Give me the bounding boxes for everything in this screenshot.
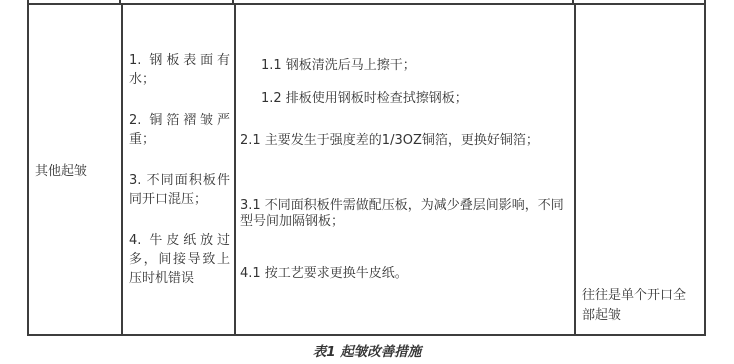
measure-item: 1.1 钢板清洗后马上擦干； [240, 58, 568, 74]
cell-note: 往往是单个开口全部起皱 [576, 5, 704, 334]
cause-item: 1. 钢板表面有水； [129, 51, 230, 89]
table-caption: 表1 起皱改善措施 [0, 340, 734, 360]
measure-item: 4.1 按工艺要求更换牛皮纸。 [240, 266, 568, 282]
cell-defect-type: 其他起皱 [29, 5, 123, 334]
cause-item: 2. 铜箔褶皱严重； [129, 111, 230, 149]
document-page: 其他起皱 1. 钢板表面有水； 2. 铜箔褶皱严重； 3. 不同面积板件同开口混… [0, 0, 734, 364]
cause-item: 4. 牛皮纸放过多，间接导致上压时机错误 [129, 231, 230, 288]
cause-item: 3. 不同面积板件同开口混压； [129, 171, 230, 209]
measure-item: 1.2 排板使用钢板时检查拭擦钢板； [240, 91, 568, 107]
cell-causes: 1. 钢板表面有水； 2. 铜箔褶皱严重； 3. 不同面积板件同开口混压； 4.… [123, 5, 236, 334]
cell-measures: 1.1 钢板清洗后马上擦干； 1.2 排板使用钢板时检查拭擦钢板； 2.1 主要… [236, 5, 576, 334]
note-text: 往往是单个开口全部起皱 [582, 286, 698, 326]
measure-item: 3.1 不同面积板件需做配压板，为减少叠层间影响，不同型号间加隔钢板； [240, 198, 568, 230]
improvement-measures-table: 其他起皱 1. 钢板表面有水； 2. 铜箔褶皱严重； 3. 不同面积板件同开口混… [27, 3, 706, 336]
measure-item: 2.1 主要发生于强度差的1/3OZ铜箔，更换好铜箔； [240, 133, 568, 149]
defect-type-text: 其他起皱 [35, 160, 87, 179]
